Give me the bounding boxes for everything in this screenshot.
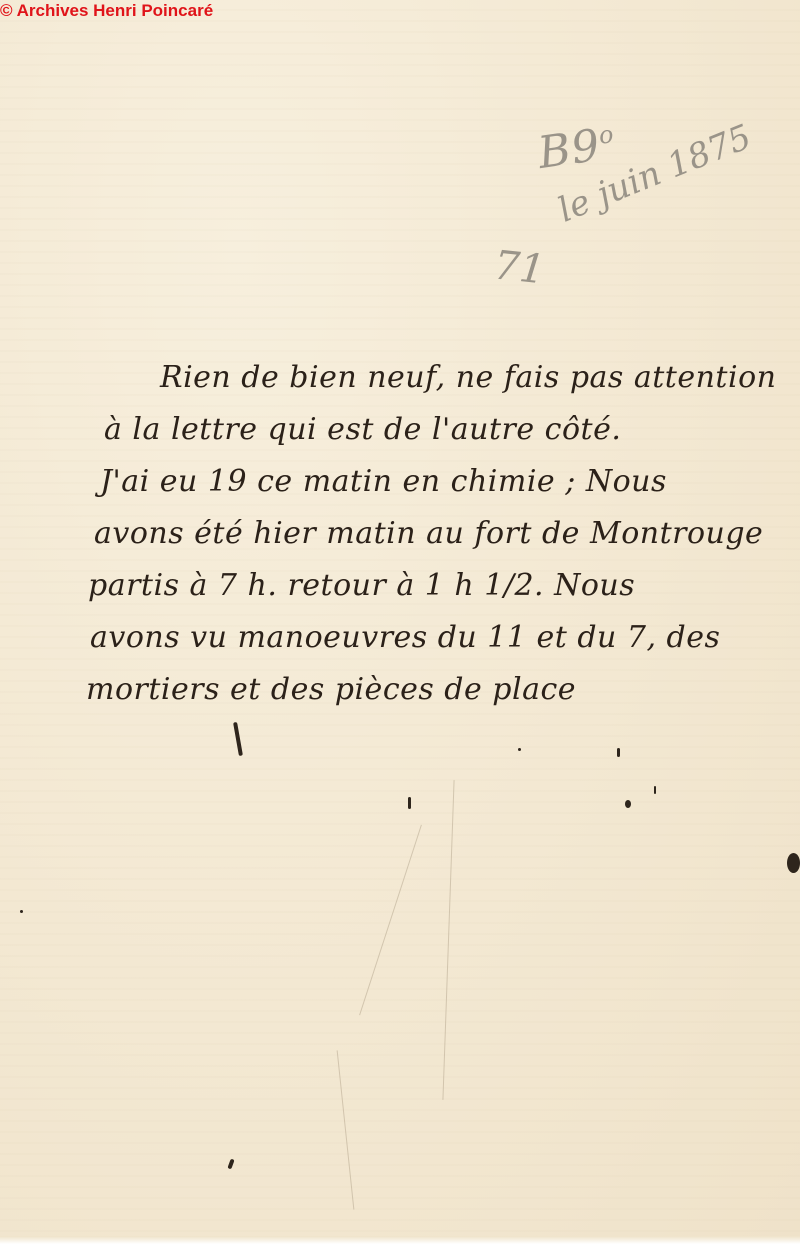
archive-code-annotation: B9o [535, 118, 619, 179]
ink-mark [787, 853, 800, 873]
ink-mark [625, 800, 631, 808]
archive-code-main: B9 [535, 120, 604, 179]
copyright-notice: © Archives Henri Poincaré [0, 1, 213, 21]
letter-line: Rien de bien neuf, ne fais pas attention [86, 352, 800, 404]
ink-mark [617, 748, 620, 757]
paper-crease [359, 825, 422, 1016]
ink-mark [227, 1159, 234, 1170]
ink-mark [654, 786, 656, 794]
scanned-letter-page: © Archives Henri Poincaré B9o le juin 18… [0, 0, 800, 1244]
letter-line: J'ai eu 19 ce matin en chimie ; Nous [86, 456, 800, 508]
ink-mark [518, 748, 521, 751]
page-bottom-edge [0, 1236, 800, 1244]
ink-mark [408, 797, 411, 809]
ink-mark [233, 722, 243, 756]
archive-code-superscript: o [597, 120, 616, 150]
paper-crease [337, 1050, 355, 1209]
letter-line: avons vu manoeuvres du 11 et du 7, des [86, 612, 800, 664]
letter-line: avons été hier matin au fort de Montroug… [86, 508, 800, 560]
letter-line: à la lettre qui est de l'autre côté. [86, 404, 800, 456]
letter-line: mortiers et des pièces de place [86, 664, 800, 716]
paper-crease [442, 780, 454, 1100]
handwritten-letter-body: Rien de bien neuf, ne fais pas attention… [86, 352, 800, 716]
letter-line: partis à 7 h. retour à 1 h 1/2. Nous [86, 560, 800, 612]
ink-mark [20, 910, 23, 913]
folio-number-annotation: 71 [492, 242, 547, 293]
